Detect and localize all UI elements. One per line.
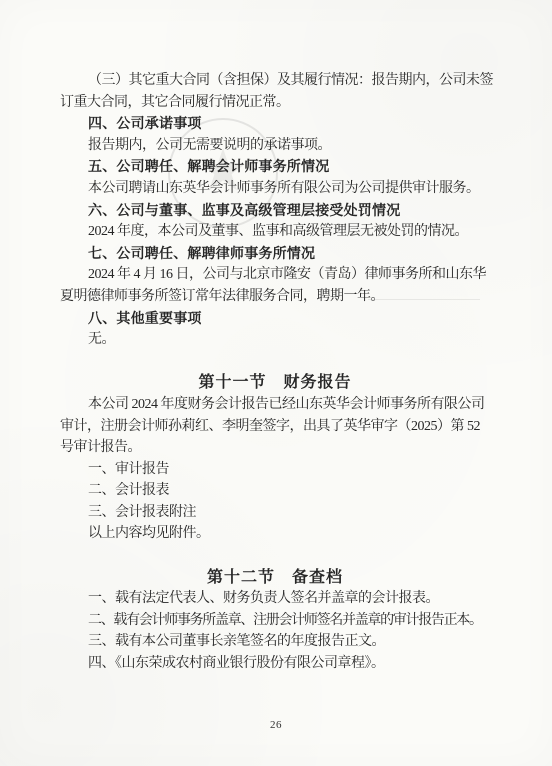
section-heading-reference-documents: 第十二节 备查档 <box>60 567 490 589</box>
clause-heading: 五、公司聘任、解聘会计师事务所情况 <box>60 156 490 178</box>
list-item: 二、会计报表 <box>60 480 490 502</box>
list-item: 四、《山东荣成农村商业银行股份有限公司章程》。 <box>60 653 490 675</box>
page-number: 26 <box>0 719 552 731</box>
text-line: 夏明德律师事务所签订常年法律服务合同，聘期一年。 <box>60 286 490 308</box>
text-line: 报告期内，公司无需要说明的承诺事项。 <box>60 135 490 157</box>
list-item: 二、载有会计师事务所盖章、注册会计师签名并盖章的审计报告正本。 <box>60 610 490 632</box>
clause-heading: 四、公司承诺事项 <box>60 113 490 135</box>
list-item: 一、载有法定代表人、财务负责人签名并盖章的会计报表。 <box>60 588 490 610</box>
section-heading-financial-report: 第十一节 财务报告 <box>60 372 490 394</box>
text-line: （三）其它重大合同（含担保）及其履行情况：报告期内，公司未签 <box>60 70 490 92</box>
text-line: 无。 <box>60 329 490 351</box>
clause-heading: 六、公司与董事、监事及高级管理层接受处罚情况 <box>60 200 490 222</box>
clause-heading: 七、公司聘任、解聘律师事务所情况 <box>60 243 490 265</box>
text-line: 2024 年度，本公司及董事、监事和高级管理层无被处罚的情况。 <box>60 221 490 243</box>
text-line: 审计，注册会计师孙莉红、李明奎签字，出具了英华审字（2025）第 52 <box>60 416 490 438</box>
text-line: 订重大合同，其它合同履行情况正常。 <box>60 92 490 114</box>
list-item: 一、审计报告 <box>60 459 490 481</box>
text-line: 本公司 2024 年度财务会计报告已经山东英华会计师事务所有限公司 <box>60 394 490 416</box>
text-line: 以上内容均见附件。 <box>60 523 490 545</box>
document-body: （三）其它重大合同（含担保）及其履行情况：报告期内，公司未签 订重大合同，其它合… <box>60 70 490 675</box>
clause-heading: 八、其他重要事项 <box>60 308 490 330</box>
scanned-report-page: ★ （三）其它重大合同（含担保）及其履行情况：报告期内，公司未签 订重大合同，其… <box>0 0 552 766</box>
list-item: 三、会计报表附注 <box>60 502 490 524</box>
text-line: 2024 年 4 月 16 日，公司与北京市隆安（青岛）律师事务所和山东华 <box>60 264 490 286</box>
text-line: 本公司聘请山东英华会计师事务所有限公司为公司提供审计服务。 <box>60 178 490 200</box>
text-line: 号审计报告。 <box>60 437 490 459</box>
list-item: 三、载有本公司董事长亲笔签名的年度报告正文。 <box>60 631 490 653</box>
